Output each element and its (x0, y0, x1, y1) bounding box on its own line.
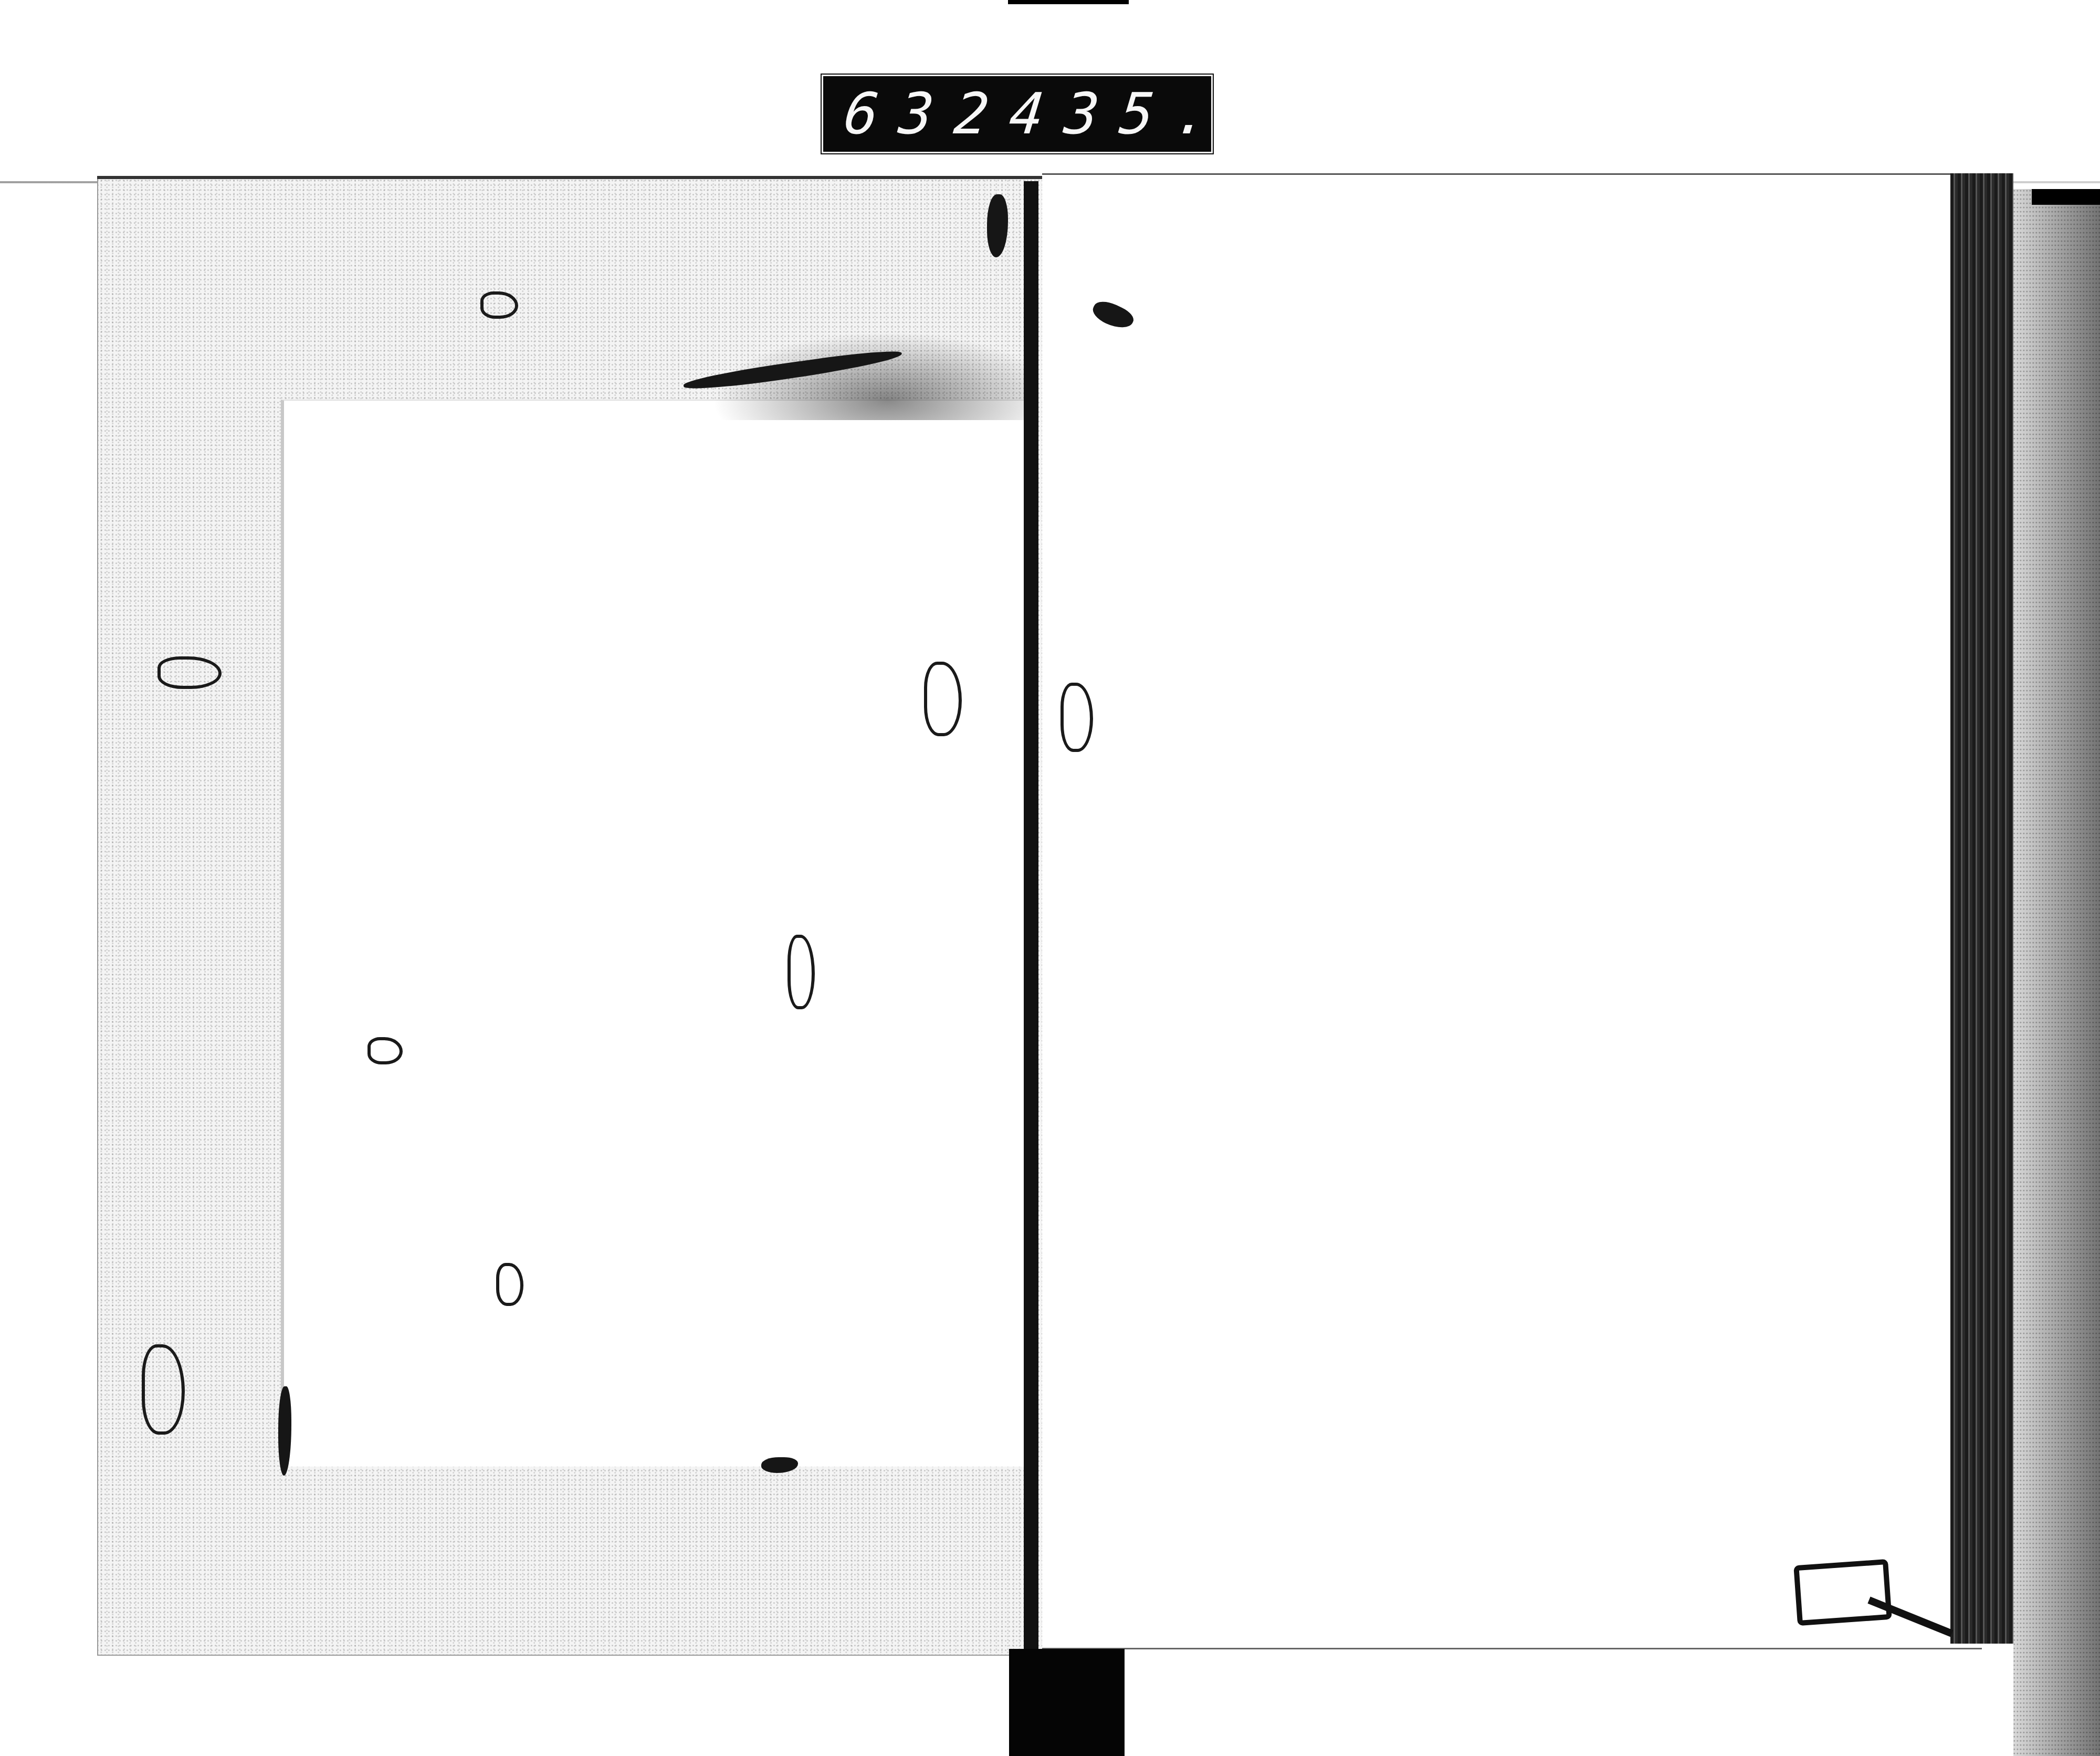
blank-page (1042, 173, 1982, 1649)
frame-number-label: 632 435. (822, 75, 1213, 153)
ink-stamp (1793, 1559, 1892, 1626)
wormhole-mark (480, 291, 518, 319)
film-marker-right (2032, 189, 2100, 205)
page-block-edge (1950, 173, 2013, 1644)
wormhole-mark (157, 656, 222, 689)
wormhole-mark (367, 1037, 403, 1064)
wormhole-mark (496, 1263, 523, 1306)
microfilm-frame: 632 435. (0, 0, 2100, 1756)
wormhole-mark (142, 1344, 185, 1435)
board-tear-shadow (682, 320, 1024, 420)
scan-background-shadow (2013, 189, 2100, 1756)
wormhole-mark (787, 935, 815, 1009)
film-marker-bottom (1009, 1649, 1125, 1756)
wormhole-mark (924, 662, 962, 736)
paste-down-page (281, 400, 1030, 1467)
frame-number: 435. (1006, 81, 1234, 147)
reel-number: 632 (841, 81, 1013, 147)
film-marker-top (1008, 0, 1129, 4)
wormhole-mark (1060, 683, 1093, 752)
book-gutter (1024, 181, 1038, 1652)
